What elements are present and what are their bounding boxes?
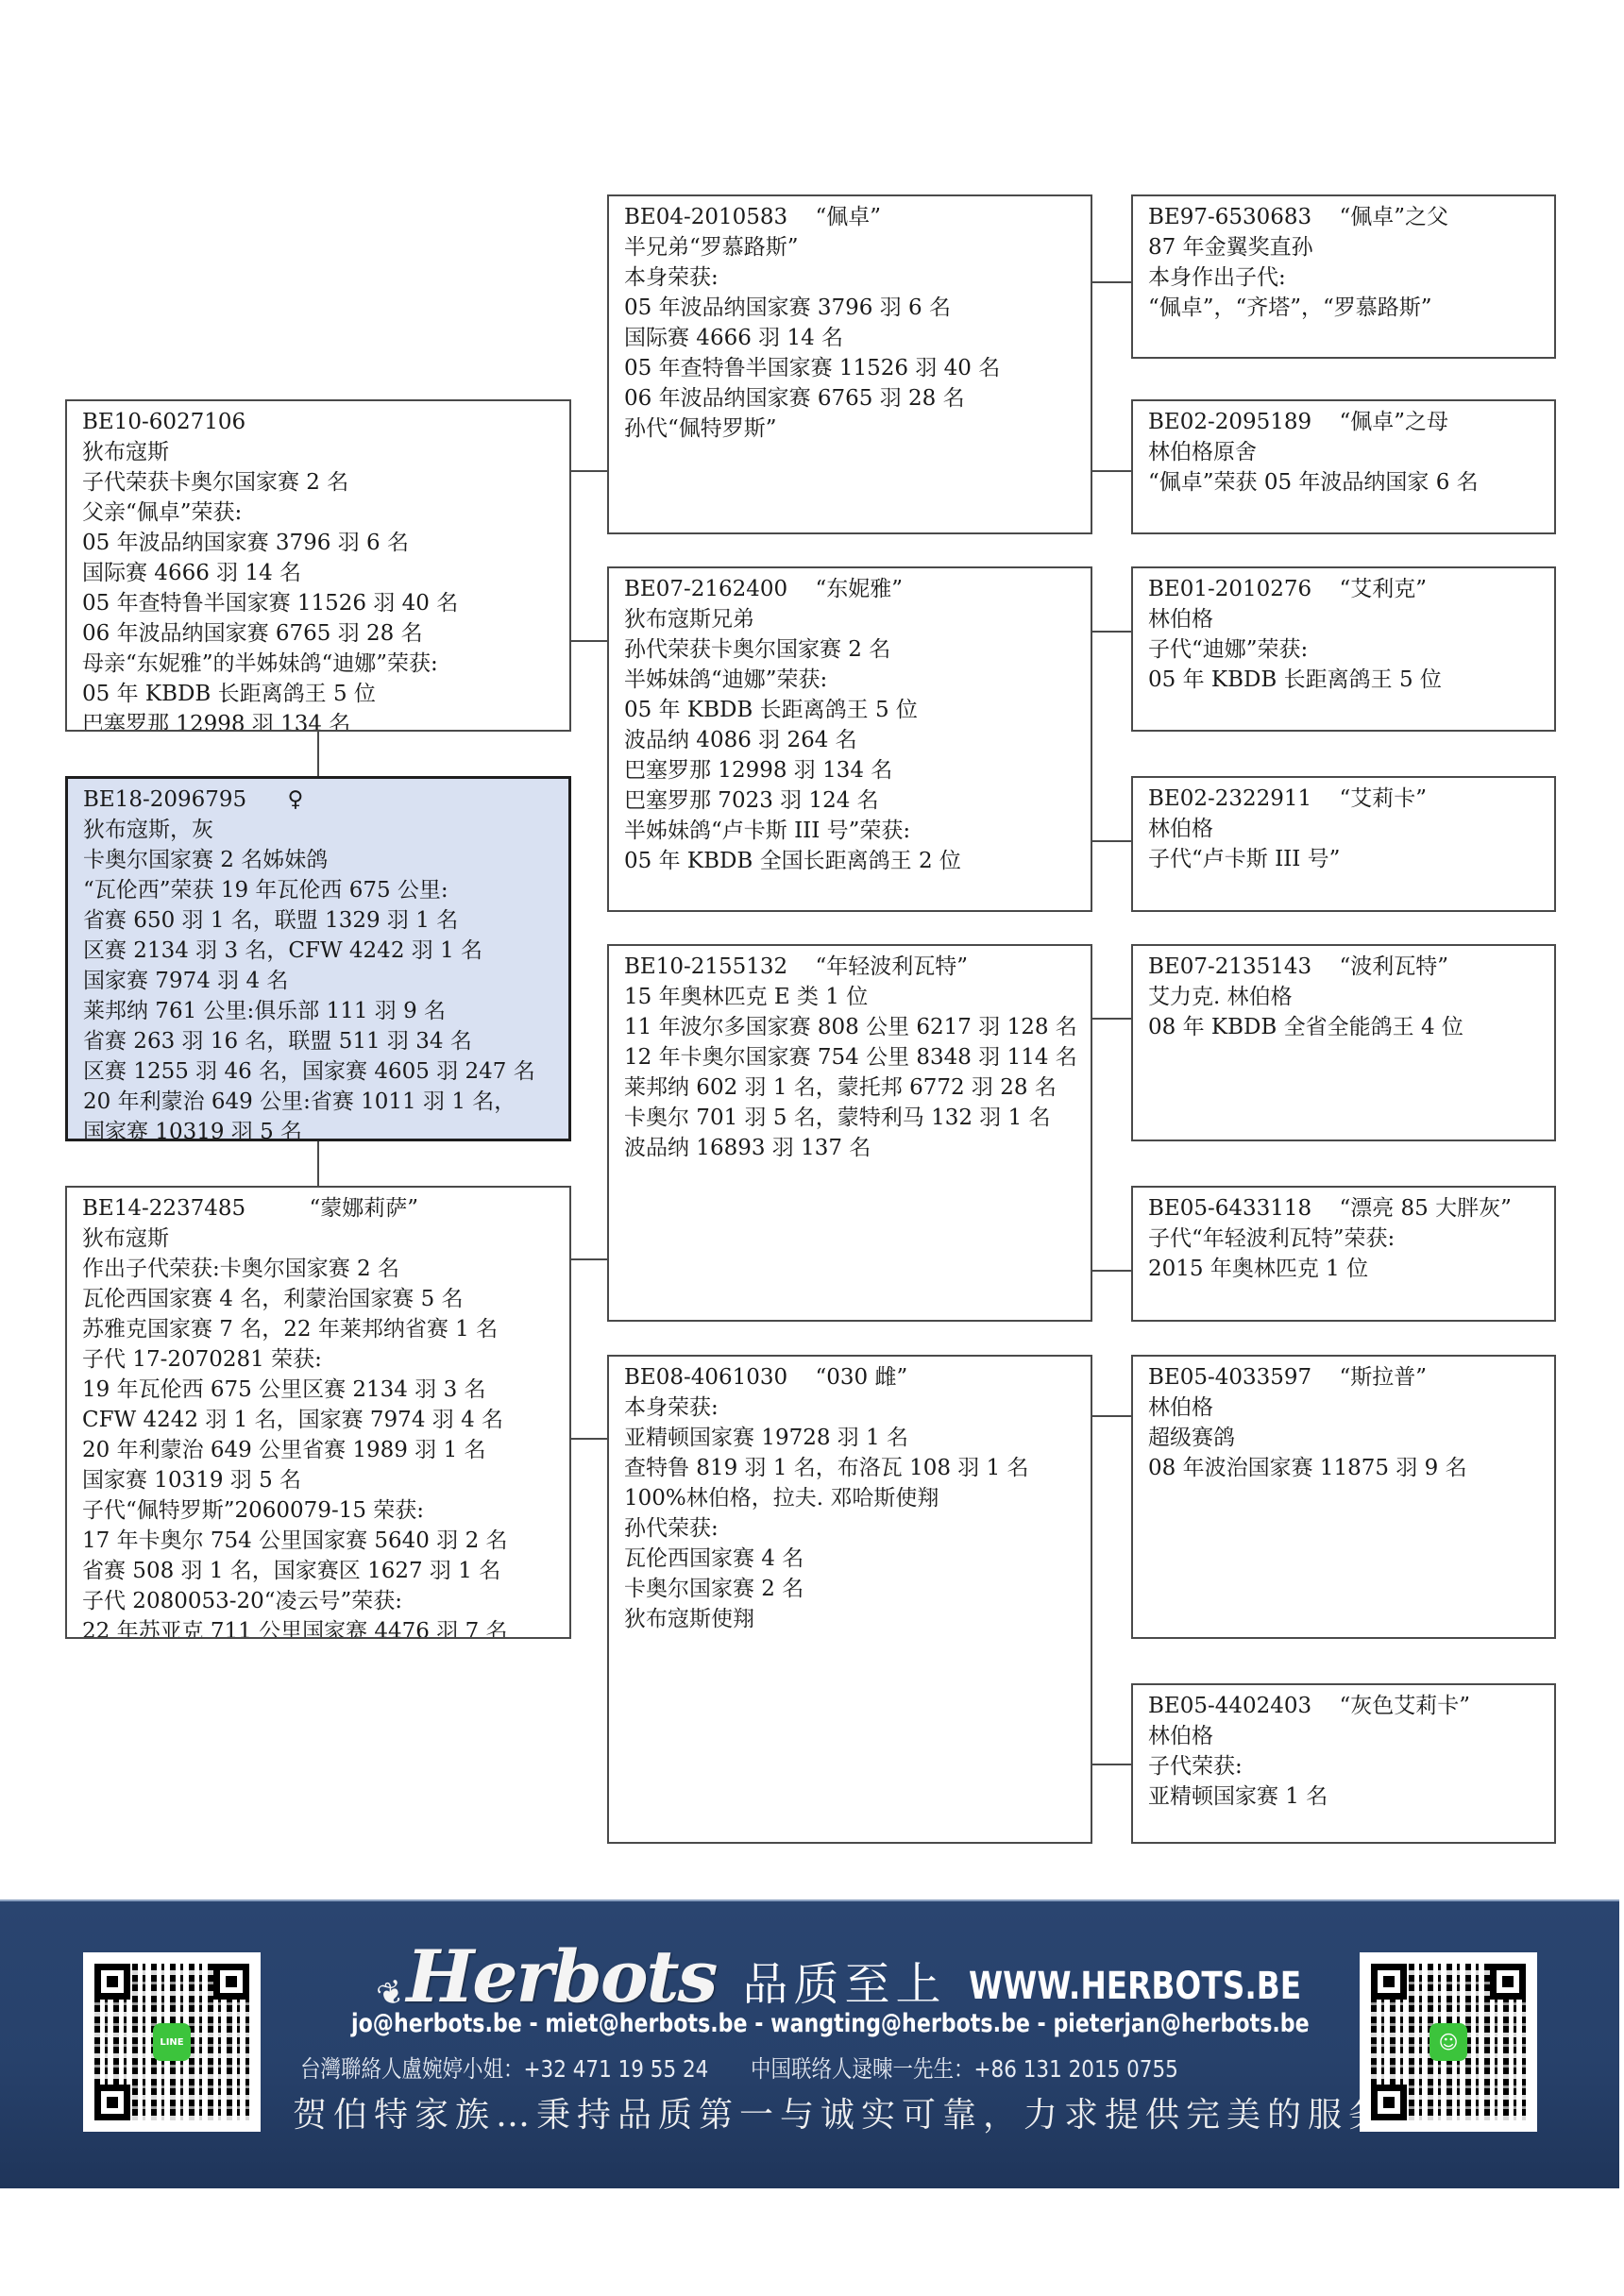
ring-number: BE05-4402403	[1148, 1694, 1311, 1718]
qr-finder-icon	[1490, 1964, 1526, 2000]
connector	[1092, 840, 1131, 842]
connector	[571, 640, 607, 642]
card-line: 20 年利蒙治 649 公里:省赛 1011 羽 1 名，	[83, 1087, 559, 1117]
card-line: 15 年奥林匹克 E 类 1 位	[624, 982, 1081, 1012]
pigeon-name: “佩卓”	[815, 205, 881, 229]
contact-emails[interactable]: jo@herbots.be - miet@herbots.be - wangti…	[351, 2009, 1310, 2038]
card-line: 区赛 1255 羽 46 名，国家赛 4605 羽 247 名	[83, 1056, 559, 1087]
card-line: 林伯格原舍	[1148, 437, 1545, 467]
card-line: 87 年金翼奖直孙	[1148, 232, 1545, 262]
qr-finder-icon	[94, 2085, 130, 2120]
card-line: 22 年苏亚克 711 公里国家赛 4476 羽 7 名	[82, 1616, 560, 1639]
card-line: 莱邦纳 602 羽 1 名，蒙托邦 6772 羽 28 名	[624, 1072, 1081, 1103]
pedigree-card-sire-dam: BE07-2162400 “东妮雅” 狄布寇斯兄弟 孙代荣获卡奥尔国家赛 2 名…	[607, 566, 1092, 912]
card-line: 05 年查特鲁半国家赛 11526 羽 40 名	[624, 353, 1081, 383]
card-line: 林伯格	[1148, 814, 1545, 844]
card-line: 林伯格	[1148, 604, 1545, 634]
pedigree-card-sire: BE10-6027106 狄布寇斯 子代荣获卡奥尔国家赛 2 名 父亲“佩卓”荣…	[65, 399, 571, 732]
herbots-logo: Herbots	[407, 1941, 717, 2013]
card-line: 波品纳 4086 羽 264 名	[624, 725, 1081, 755]
connector	[317, 1141, 319, 1186]
card-line: 06 年波品纳国家赛 6765 羽 28 名	[82, 618, 560, 649]
card-line: 国际赛 4666 羽 14 名	[624, 323, 1081, 353]
card-line: 17 年卡奥尔 754 公里国家赛 5640 羽 2 名	[82, 1526, 560, 1556]
ring-number: BE18-2096795	[83, 787, 246, 812]
wechat-qr-code[interactable]: ☺	[1360, 1952, 1537, 2132]
connector	[1092, 281, 1131, 283]
pedigree-card-ggp-7: BE05-4033597 “斯拉普” 林伯格 超级赛鸽 08 年波治国家赛 11…	[1131, 1355, 1556, 1639]
card-line: 卡奥尔国家赛 2 名	[624, 1574, 1081, 1604]
card-line: 苏雅克国家赛 7 名，22 年莱邦纳省赛 1 名	[82, 1314, 560, 1344]
card-line: 子代荣获卡奥尔国家赛 2 名	[82, 467, 560, 498]
ring-number: BE02-2322911	[1148, 786, 1311, 811]
card-line: 06 年波品纳国家赛 6765 羽 28 名	[624, 383, 1081, 414]
connector	[317, 732, 319, 776]
qr-pattern: LINE	[94, 1964, 249, 2120]
slogan: 品质至上	[742, 1956, 946, 2013]
card-line: 05 年波品纳国家赛 3796 羽 6 名	[624, 293, 1081, 323]
card-line: 狄布寇斯	[82, 1224, 560, 1254]
pigeon-name: “艾利克”	[1339, 577, 1427, 601]
card-line: 超级赛鸽	[1148, 1423, 1545, 1453]
card-line: 05 年查特鲁半国家赛 11526 羽 40 名	[82, 588, 560, 618]
connector	[1092, 1415, 1131, 1417]
card-line: 查特鲁 819 羽 1 名，布洛瓦 108 羽 1 名	[624, 1453, 1081, 1483]
card-line: 省赛 650 羽 1 名，联盟 1329 羽 1 名	[83, 905, 559, 936]
ring-number: BE97-6530683	[1148, 205, 1311, 229]
contact-phones: 台灣聯絡人盧婉婷小姐：+32 471 19 55 24 中国联络人逯暕一先生：+…	[300, 2051, 1178, 2085]
connector	[1092, 470, 1131, 472]
card-line: 卡奥尔国家赛 2 名姊妹鸽	[83, 845, 559, 875]
card-line: 林伯格	[1148, 1721, 1545, 1751]
card-line: 瓦伦西国家赛 4 名，利蒙治国家赛 5 名	[82, 1284, 560, 1314]
connector	[1092, 1270, 1131, 1272]
card-line: 半兄弟“罗慕路斯”	[624, 232, 1081, 262]
card-line: 巴塞罗那 12998 羽 134 名	[82, 709, 560, 732]
ring-number: BE14-2237485	[82, 1196, 245, 1221]
ring-number: BE08-4061030	[624, 1365, 787, 1390]
card-line: 林伯格	[1148, 1393, 1545, 1423]
connector	[571, 1258, 607, 1260]
card-line: 莱邦纳 761 公里:俱乐部 111 羽 9 名	[83, 996, 559, 1026]
pedigree-card-ggp-2: BE02-2095189 “佩卓”之母 林伯格原舍 “佩卓”荣获 05 年波品纳…	[1131, 399, 1556, 534]
card-line: “佩卓”荣获 05 年波品纳国家 6 名	[1148, 467, 1545, 498]
pigeon-name: “年轻波利瓦特”	[815, 954, 968, 979]
card-line: 卡奥尔 701 羽 5 名，蒙特利马 132 羽 1 名	[624, 1103, 1081, 1133]
pigeon-name: “灰色艾莉卡”	[1339, 1694, 1470, 1718]
contact-china: 中国联络人逯暕一先生：+86 131 2015 0755	[751, 2055, 1178, 2083]
brand-row: ❦ Herbots 品质至上 WWW.HERBOTS.BE	[378, 1928, 1375, 2013]
pedigree-card-sire-sire: BE04-2010583 “佩卓” 半兄弟“罗慕路斯” 本身荣获: 05 年波品…	[607, 194, 1092, 534]
qr-finder-icon	[1371, 1964, 1407, 2000]
card-line: 瓦伦西国家赛 4 名	[624, 1544, 1081, 1574]
card-line: 本身荣获:	[624, 1393, 1081, 1423]
card-line: 孙代“佩特罗斯”	[624, 414, 1081, 444]
line-app-icon: LINE	[153, 2023, 191, 2061]
pedigree-card-ggp-8: BE05-4402403 “灰色艾莉卡” 林伯格 子代荣获: 亚精顿国家赛 1 …	[1131, 1683, 1556, 1844]
ring-number: BE01-2010276	[1148, 577, 1311, 601]
card-line: 孙代荣获:	[624, 1513, 1081, 1544]
ring-number: BE02-2095189	[1148, 410, 1311, 434]
card-line: 100%林伯格，拉夫. 邓哈斯使翔	[624, 1483, 1081, 1513]
pedigree-card-dam: BE14-2237485 “蒙娜莉萨” 狄布寇斯 作出子代荣获:卡奥尔国家赛 2…	[65, 1186, 571, 1639]
ring-number: BE07-2162400	[624, 577, 787, 601]
card-line: 08 年 KBDB 全省全能鸽王 4 位	[1148, 1012, 1545, 1042]
card-line: 父亲“佩卓”荣获:	[82, 498, 560, 528]
card-line: 05 年 KBDB 长距离鸽王 5 位	[82, 679, 560, 709]
pedigree-card-ggp-6: BE05-6433118 “漂亮 85 大胖灰” 子代“年轻波利瓦特”荣获: 2…	[1131, 1186, 1556, 1322]
card-line: 12 年卡奥尔国家赛 754 公里 8348 羽 114 名	[624, 1042, 1081, 1072]
pedigree-card-subject: BE18-2096795 ♀ 狄布寇斯，灰 卡奥尔国家赛 2 名姊妹鸽 “瓦伦西…	[65, 776, 571, 1141]
website-link[interactable]: WWW.HERBOTS.BE	[969, 1960, 1301, 2013]
card-line: 母亲“东妮雅”的半姊妹鸽“迪娜”荣获:	[82, 649, 560, 679]
card-line: 20 年利蒙治 649 公里省赛 1989 羽 1 名	[82, 1435, 560, 1465]
card-line: 子代荣获:	[1148, 1751, 1545, 1781]
card-line: 11 年波尔多国家赛 808 公里 6217 羽 128 名	[624, 1012, 1081, 1042]
card-line: 狄布寇斯使翔	[624, 1604, 1081, 1634]
tagline: 贺伯特家族…秉持品质第一与诚实可靠，力求提供完美的服务!	[293, 2088, 1409, 2136]
card-line: 国家赛 7974 羽 4 名	[83, 966, 559, 996]
card-line: 05 年 KBDB 全国长距离鸽王 2 位	[624, 846, 1081, 876]
card-line: 子代“迪娜”荣获:	[1148, 634, 1545, 665]
pedigree-card-ggp-5: BE07-2135143 “波利瓦特” 艾力克. 林伯格 08 年 KBDB 全…	[1131, 944, 1556, 1141]
qr-finder-icon	[213, 1964, 249, 2000]
card-line: 19 年瓦伦西 675 公里区赛 2134 羽 3 名	[82, 1375, 560, 1405]
ring-number: BE10-2155132	[624, 954, 787, 979]
footer-banner: LINE ❦ Herbots 品质至上 WWW.HERBOTS.BE jo@he…	[0, 1899, 1619, 2188]
card-line: 省赛 263 羽 16 名，联盟 511 羽 34 名	[83, 1026, 559, 1056]
card-line: “瓦伦西”荣获 19 年瓦伦西 675 公里:	[83, 875, 559, 905]
pigeon-name: “佩卓”之父	[1339, 205, 1448, 229]
card-line: CFW 4242 羽 1 名，国家赛 7974 羽 4 名	[82, 1405, 560, 1435]
pedigree-card-ggp-4: BE02-2322911 “艾莉卡” 林伯格 子代“卢卡斯 III 号”	[1131, 776, 1556, 912]
card-line: 2015 年奥林匹克 1 位	[1148, 1254, 1545, 1284]
card-line: 子代 17-2070281 荣获:	[82, 1344, 560, 1375]
card-line: 作出子代荣获:卡奥尔国家赛 2 名	[82, 1254, 560, 1284]
card-line: 国家赛 10319 羽 5 名	[82, 1465, 560, 1495]
pigeon-name: “波利瓦特”	[1339, 954, 1448, 979]
card-line: 省赛 508 羽 1 名，国家赛区 1627 羽 1 名	[82, 1556, 560, 1586]
card-line: 狄布寇斯，灰	[83, 815, 559, 845]
qr-finder-icon	[94, 1964, 130, 2000]
connector	[571, 470, 607, 472]
connector	[571, 1438, 607, 1440]
card-line: 艾力克. 林伯格	[1148, 982, 1545, 1012]
connector	[1092, 1764, 1131, 1765]
pigeon-name: “艾莉卡”	[1339, 786, 1427, 811]
card-line: 本身荣获:	[624, 262, 1081, 293]
pigeon-name: “蒙娜莉萨”	[309, 1196, 418, 1221]
pigeon-name: “030 雌”	[815, 1365, 907, 1390]
card-line: 子代 2080053-20“凌云号”荣获:	[82, 1586, 560, 1616]
ring-number: BE07-2135143	[1148, 954, 1311, 979]
pedigree-card-dam-sire: BE10-2155132 “年轻波利瓦特” 15 年奥林匹克 E 类 1 位 1…	[607, 944, 1092, 1322]
card-line: 半姊妹鸽“卢卡斯 III 号”荣获:	[624, 816, 1081, 846]
card-line: 本身作出子代:	[1148, 262, 1545, 293]
card-line: 巴塞罗那 12998 羽 134 名	[624, 755, 1081, 785]
card-line: “佩卓”，“齐塔”，“罗慕路斯”	[1148, 293, 1545, 323]
qr-pattern: ☺	[1371, 1964, 1526, 2120]
card-line: 05 年 KBDB 长距离鸽王 5 位	[1148, 665, 1545, 695]
wechat-icon: ☺	[1429, 2023, 1467, 2061]
card-line: 05 年 KBDB 长距离鸽王 5 位	[624, 695, 1081, 725]
card-line: 区赛 2134 羽 3 名，CFW 4242 羽 1 名	[83, 936, 559, 966]
female-symbol-icon: ♀	[287, 787, 303, 812]
qr-finder-icon	[1371, 2085, 1407, 2120]
card-line: 子代“佩特罗斯”2060079-15 荣获:	[82, 1495, 560, 1526]
card-line: 半姊妹鸽“迪娜”荣获:	[624, 665, 1081, 695]
card-line: 国家赛 10319 羽 5 名	[83, 1117, 559, 1141]
card-line: 子代“年轻波利瓦特”荣获:	[1148, 1224, 1545, 1254]
card-line: 狄布寇斯	[82, 437, 560, 467]
card-line: 国际赛 4666 羽 14 名	[82, 558, 560, 588]
card-line: 05 年波品纳国家赛 3796 羽 6 名	[82, 528, 560, 558]
card-line: 狄布寇斯兄弟	[624, 604, 1081, 634]
card-line: 子代“卢卡斯 III 号”	[1148, 844, 1545, 874]
card-line: 08 年波治国家赛 11875 羽 9 名	[1148, 1453, 1545, 1483]
pedigree-card-ggp-1: BE97-6530683 “佩卓”之父 87 年金翼奖直孙 本身作出子代: “佩…	[1131, 194, 1556, 359]
ring-number: BE05-6433118	[1148, 1196, 1311, 1221]
connector	[1092, 631, 1131, 633]
line-qr-code[interactable]: LINE	[83, 1952, 261, 2132]
connector	[1092, 1018, 1131, 1020]
pigeon-name: “斯拉普”	[1339, 1365, 1427, 1390]
ring-number: BE10-6027106	[82, 407, 560, 437]
pigeon-name: “佩卓”之母	[1339, 410, 1448, 434]
card-line: 亚精顿国家赛 1 名	[1148, 1781, 1545, 1812]
pedigree-card-dam-dam: BE08-4061030 “030 雌” 本身荣获: 亚精顿国家赛 19728 …	[607, 1355, 1092, 1844]
card-line: 巴塞罗那 7023 羽 124 名	[624, 785, 1081, 816]
card-line: 波品纳 16893 羽 137 名	[624, 1133, 1081, 1163]
contact-taiwan: 台灣聯絡人盧婉婷小姐：+32 471 19 55 24	[300, 2055, 708, 2083]
ring-number: BE05-4033597	[1148, 1365, 1311, 1390]
pedigree-card-ggp-3: BE01-2010276 “艾利克” 林伯格 子代“迪娜”荣获: 05 年 KB…	[1131, 566, 1556, 732]
pigeon-name: “漂亮 85 大胖灰”	[1339, 1196, 1511, 1221]
ring-number: BE04-2010583	[624, 205, 787, 229]
pigeon-name: “东妮雅”	[815, 577, 903, 601]
card-line: 孙代荣获卡奥尔国家赛 2 名	[624, 634, 1081, 665]
card-line: 亚精顿国家赛 19728 羽 1 名	[624, 1423, 1081, 1453]
